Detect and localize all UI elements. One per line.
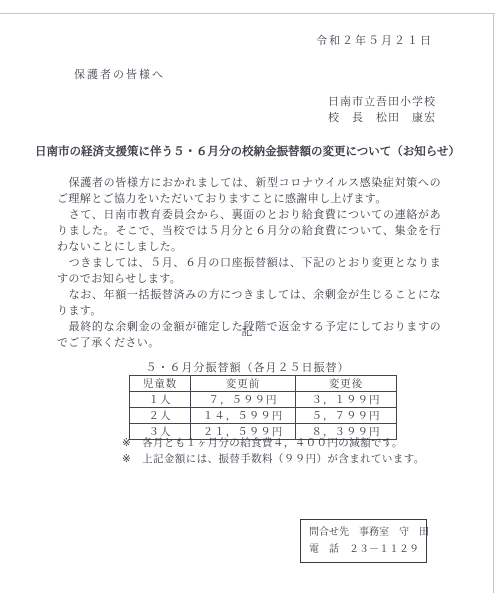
paragraph-transfer-change: つきましては、５月、６月の口座振替額は、下記のとおり変更となりますのでお知らせし… [57,255,441,287]
page-top-edge [0,13,495,14]
header-after-change: 変更後 [296,376,397,392]
page-right-edge [493,13,494,593]
note-fee: ※ 上記金額には、振替手数料（９９円）が含まれています。 [122,452,425,468]
table-row: ２人 １４，５９９円 ５，７９９円 [130,408,397,424]
record-marker: 記 [0,323,495,339]
sender-school: 日南市立吾田小学校 [328,94,436,110]
table-caption: ５・６月分振替額（各月２５日振替） [0,359,495,375]
notes-block: ※ 各月とも１ヶ月分の給食費４，４００円の減額です。 ※ 上記金額には、振替手数… [122,436,425,467]
note-reduction: ※ 各月とも１ヶ月分の給食費４，４００円の減額です。 [122,436,425,452]
document-page: 令和２年５月２１日 保護者の皆様へ 日南市立吾田小学校 校 長 松田 康宏 日南… [0,0,495,593]
paragraph-announcement: さて、日南市教育委員会から、裏面のとおり給食費についての連絡がありました。そこで… [57,207,441,255]
table-row: １人 ７，５９９円 ３，１９９円 [130,392,397,408]
contact-phone: 電 話 ２３－１１２９ [309,541,426,558]
header-child-count: 児童数 [130,376,191,392]
document-title: 日南市の経済支援策に伴う５・６月分の校納金振替額の変更について（お知らせ） [0,143,495,159]
document-date: 令和２年５月２１日 [316,32,433,48]
cell-after: ５，７９９円 [296,408,397,424]
transfer-amount-table: 児童数 変更前 変更後 １人 ７，５９９円 ３，１９９円 ２人 １４，５９９円 … [129,375,397,440]
header-before-change: 変更前 [191,376,296,392]
sender-principal: 校 長 松田 康宏 [328,110,436,126]
paragraph-greeting: 保護者の皆様方におかれましては、新型コロナウイルス感染症対策へのご理解とご協力を… [57,175,441,207]
paragraph-surplus: なお、年額一括振替済みの方につきましては、余剰金が生じることになります。 [57,287,441,319]
table-header-row: 児童数 変更前 変更後 [130,376,397,392]
cell-before: ７，５９９円 [191,392,296,408]
contact-person: 問合せ先 事務室 守 田 [309,524,426,541]
cell-after: ３，１９９円 [296,392,397,408]
addressee: 保護者の皆様へ [74,66,165,82]
cell-before: １４，５９９円 [191,408,296,424]
cell-child-count: １人 [130,392,191,408]
contact-box: 問合せ先 事務室 守 田 電 話 ２３－１１２９ [300,519,427,563]
sender-block: 日南市立吾田小学校 校 長 松田 康宏 [328,94,436,126]
cell-child-count: ２人 [130,408,191,424]
